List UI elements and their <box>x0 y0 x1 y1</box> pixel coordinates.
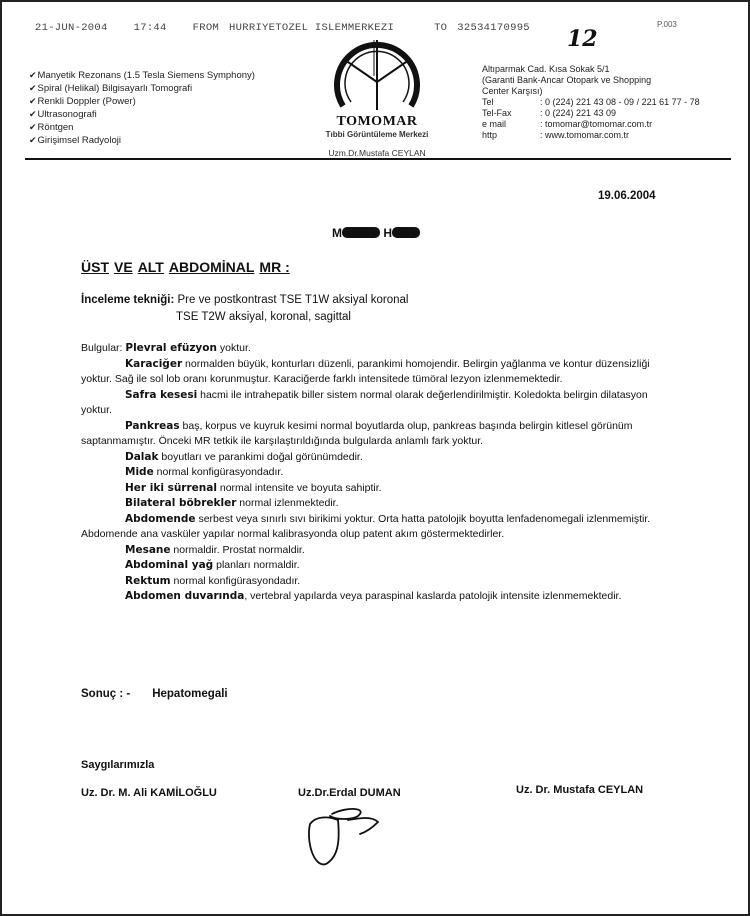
report-title: ÜSTVEALTABDOMİNALMR : <box>81 259 295 275</box>
contact-row-email: e mail: tomomar@tomomar.com.tr <box>482 119 700 130</box>
tomomar-logo: TOMOMAR Tıbbi Görüntüleme Merkezi Uzm.Dr… <box>317 32 437 158</box>
contact-row-fax: Tel-Fax: 0 (224) 221 43 09 <box>482 108 700 119</box>
finding-item: Rektum normal konfigürasyondadır. <box>81 574 661 590</box>
service-item: Ultrasonografi <box>29 108 255 121</box>
redaction-bar <box>392 227 420 238</box>
logo-name: TOMOMAR <box>317 114 437 130</box>
contact-row-phone: Tel: 0 (224) 221 43 08 - 09 / 221 61 77 … <box>482 97 700 108</box>
address-line: Altıparmak Cad. Kısa Sokak 5/1 <box>482 64 700 75</box>
patient-name-redacted: M H <box>332 226 420 240</box>
closing-salutation: Saygılarımızla <box>81 759 154 771</box>
conclusion-label: Sonuç : - <box>81 688 130 700</box>
findings-section: Bulgular: Plevral efüzyon yoktur. Karaci… <box>81 341 661 605</box>
contact-block: Altıparmak Cad. Kısa Sokak 5/1 (Garanti … <box>482 64 700 141</box>
fax-to: 32534170995 <box>457 22 530 34</box>
fax-transmission-header: 21-JUN-200417:44FROMHURRIYETOZEL ISLEMME… <box>35 22 556 34</box>
finding-item: Dalak boyutları ve parankimi doğal görün… <box>81 450 661 466</box>
finding-item: Bilateral böbrekler normal izlenmektedir… <box>81 496 661 512</box>
logo-director: Uzm.Dr.Mustafa CEYLAN <box>317 148 437 158</box>
finding-item: Safra kesesi hacmi ile intrahepatik bill… <box>81 388 661 419</box>
signatory-3: Uz. Dr. Mustafa CEYLAN <box>516 784 643 796</box>
logo-emblem-icon <box>329 32 425 116</box>
findings-label: Bulgular: <box>81 342 122 354</box>
technique-section: İnceleme tekniği: Pre ve postkontrast TS… <box>81 292 408 326</box>
service-item: Spiral (Helikal) Bilgisayarlı Tomografi <box>29 82 255 95</box>
finding-item: Abdomende serbest veya sınırlı sıvı biri… <box>81 512 661 543</box>
address-line: (Garanti Bank-Ancar Otopark ve Shopping <box>482 75 700 86</box>
fax-page: 21-JUN-200417:44FROMHURRIYETOZEL ISLEMME… <box>0 0 750 916</box>
report-date: 19.06.2004 <box>598 190 656 202</box>
service-item: Renkli Doppler (Power) <box>29 95 255 108</box>
finding-item: Pankreas baş, korpus ve kuyruk kesimi no… <box>81 419 661 450</box>
finding-item: Mide normal konfigürasyondadır. <box>81 465 661 481</box>
technique-line: Pre ve postkontrast TSE T1W aksiyal koro… <box>178 294 409 306</box>
logo-subtitle: Tıbbi Görüntüleme Merkezi <box>317 130 437 139</box>
fax-date: 21-JUN-2004 <box>35 22 108 34</box>
address-line: Center Karşısı) <box>482 86 700 97</box>
handwritten-note: 12 <box>567 26 598 52</box>
service-item: Manyetik Rezonans (1.5 Tesla Siemens Sym… <box>29 69 255 82</box>
fax-from-label: FROM <box>193 22 219 34</box>
technique-label: İnceleme tekniği: <box>81 294 174 306</box>
conclusion: Sonuç : -Hepatomegali <box>81 688 228 700</box>
finding-item: Karaciğer normalden büyük, konturları dü… <box>81 357 661 388</box>
finding-item: Abdominal yağ planları normaldir. <box>81 558 661 574</box>
conclusion-value: Hepatomegali <box>152 688 227 700</box>
services-list: Manyetik Rezonans (1.5 Tesla Siemens Sym… <box>29 69 255 147</box>
redaction-bar <box>342 227 380 238</box>
finding-item: Bulgular: Plevral efüzyon yoktur. <box>81 341 661 357</box>
finding-item: Abdomen duvarında, vertebral yapılarda v… <box>81 589 661 605</box>
fax-page-number: P.003 <box>657 20 677 29</box>
signatory-2: Uz.Dr.Erdal DUMAN <box>298 787 401 799</box>
technique-line: TSE T2W aksiyal, koronal, sagittal <box>81 309 408 326</box>
letterhead-divider <box>25 158 731 160</box>
fax-time: 17:44 <box>134 22 167 34</box>
handwritten-signature-icon <box>288 802 398 872</box>
signatory-1: Uz. Dr. M. Ali KAMİLOĞLU <box>81 787 217 799</box>
finding-item: Mesane normaldir. Prostat normaldir. <box>81 543 661 559</box>
finding-item: Her iki sürrenal normal intensite ve boy… <box>81 481 661 497</box>
service-item: Girişimsel Radyoloji <box>29 134 255 147</box>
service-item: Röntgen <box>29 121 255 134</box>
contact-row-web: http: www.tomomar.com.tr <box>482 130 700 141</box>
